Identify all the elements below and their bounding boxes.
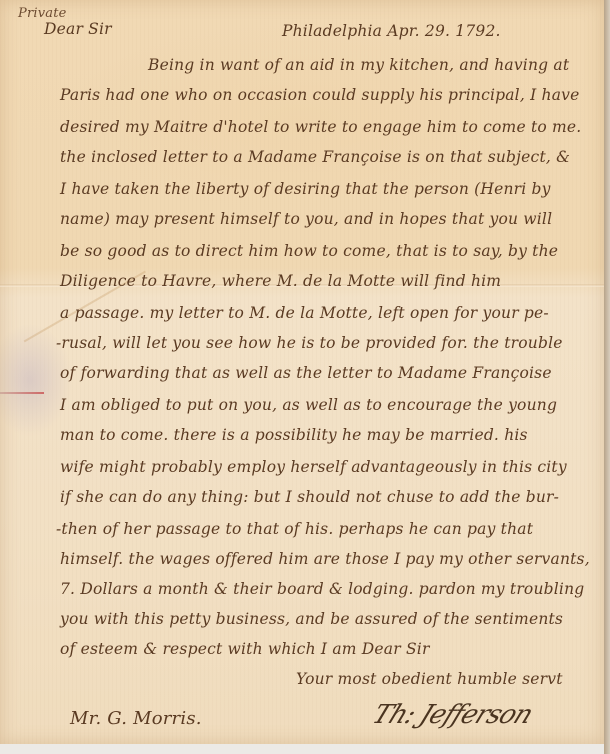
body-line: -then of her passage to that of his. per… [56,520,533,538]
dateline: Philadelphia Apr. 29. 1792. [282,22,501,40]
body-line: be so good as to direct him how to come,… [60,242,558,260]
body-line: Being in want of an aid in my kitchen, a… [148,56,569,74]
body-line: the inclosed letter to a Madame François… [60,148,570,166]
body-line: Paris had one who on occasion could supp… [60,86,579,104]
body-line: I have taken the liberty of desiring tha… [60,180,551,198]
signature: Th: Jefferson [368,700,537,730]
body-line: Diligence to Havre, where M. de la Motte… [60,272,501,290]
body-line: you with this petty business, and be ass… [60,610,563,628]
body-line: 7. Dollars a month & their board & lodgi… [60,580,584,598]
body-line: name) may present himself to you, and in… [60,210,552,228]
addressee: Mr. G. Morris. [70,708,202,729]
letter-sheet: Private Dear Sir Philadelphia Apr. 29. 1… [0,0,604,744]
closing: Your most obedient humble servt [296,670,563,688]
body-line: of esteem & respect with which I am Dear… [60,640,430,658]
body-line: -rusal, will let you see how he is to be… [56,334,563,352]
body-line: desired my Maitre d'hotel to write to en… [60,118,581,136]
body-line: I am obliged to put on you, as well as t… [60,396,557,414]
page-edge-right [604,0,610,754]
body-line: man to come. there is a possibility he m… [60,426,528,444]
body-line: wife might probably employ herself advan… [60,458,567,476]
body-line: a passage. my letter to M. de la Motte, … [60,304,549,322]
body-line: himself. the wages offered him are those… [60,550,590,568]
private-marking: Private [18,6,67,21]
red-ink-mark [0,392,44,394]
body-line: of forwarding that as well as the letter… [60,364,552,382]
salutation: Dear Sir [44,20,112,38]
page-edge-bottom [0,744,604,754]
body-line: if she can do any thing: but I should no… [60,488,559,506]
